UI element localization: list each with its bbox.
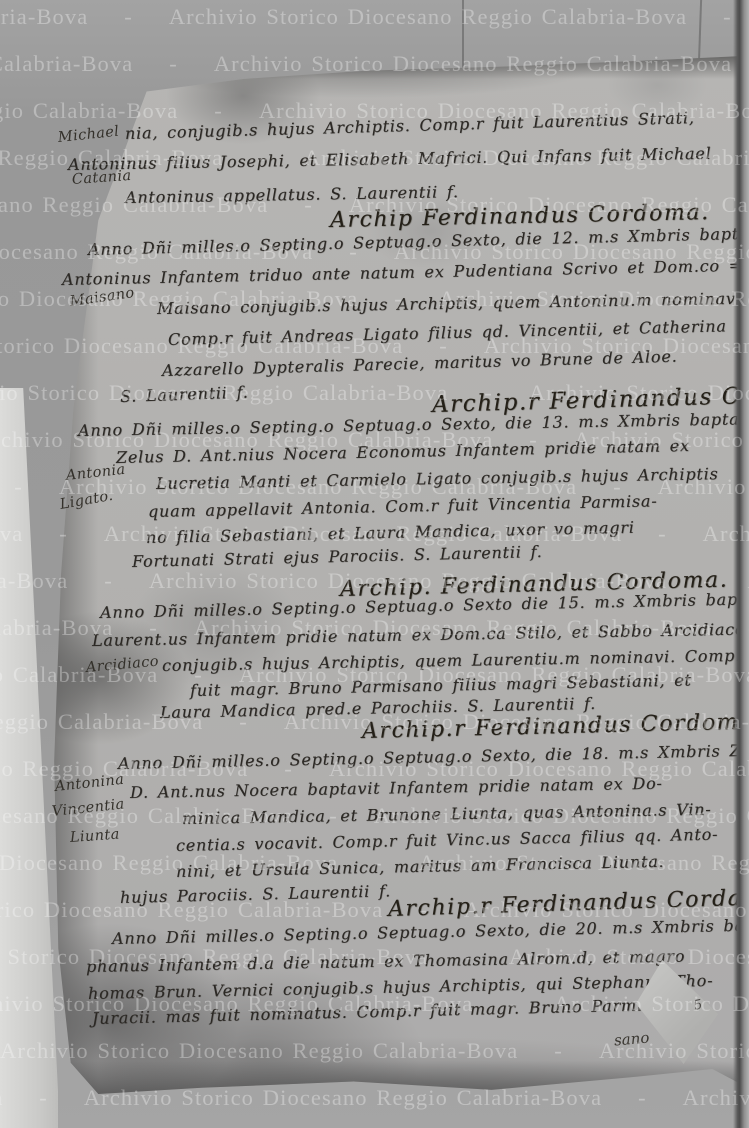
crease-line (698, 0, 702, 64)
watermark-row: Archivio Storico Diocesano Reggio Calabr… (0, 4, 749, 30)
catchword: sano (613, 1028, 650, 1049)
scanned-register-photo: Michael Catania nia, conjugib.s hujus Ar… (0, 0, 749, 1128)
underlying-sheet-edge (0, 388, 58, 1128)
book-gutter-edge (733, 0, 749, 1128)
margin-note: Michael (57, 124, 120, 146)
